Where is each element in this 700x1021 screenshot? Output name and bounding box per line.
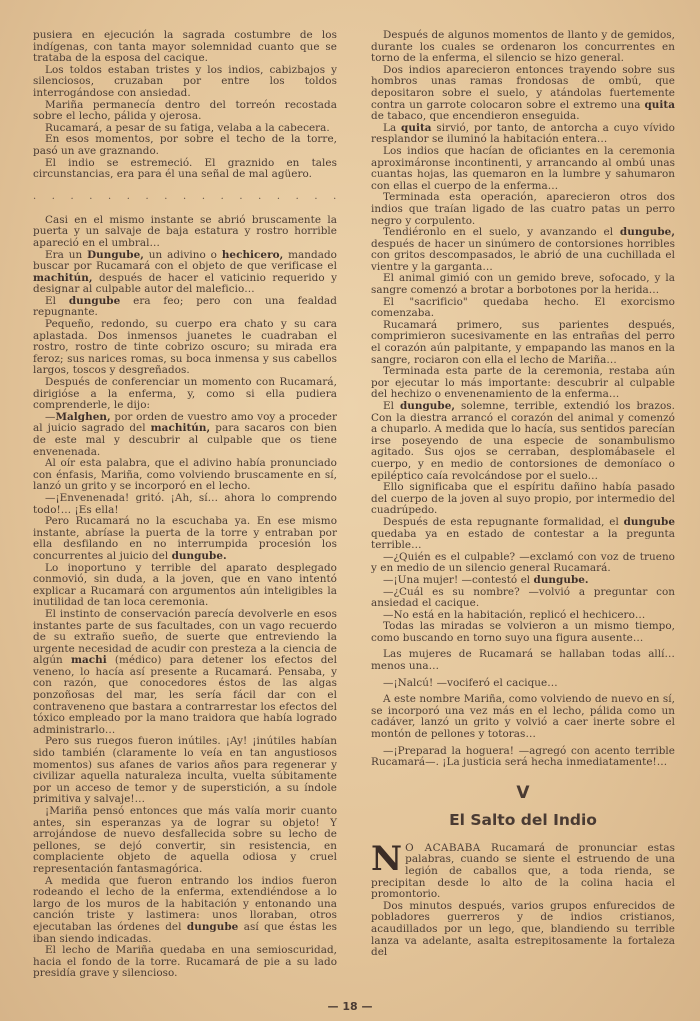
paragraph: El dungube era feo; pero con una fealdad… <box>33 296 337 319</box>
paragraph: —Malghen, por orden de vuestro amo voy a… <box>33 412 337 458</box>
chapter-title: El Salto del Indio <box>371 811 675 829</box>
paragraph: Dos minutos después, varios grupos enfur… <box>371 901 675 959</box>
paragraph: El animal gimió con un gemido breve, sof… <box>371 273 675 296</box>
left-column: pusiera en ejecución la sagrada costumbr… <box>33 30 337 980</box>
paragraph: Después de esta repugnante formalidad, e… <box>371 517 675 552</box>
paragraph: A este nombre Mariña, como volviendo de … <box>371 694 675 740</box>
paragraph: Los indios que hacían de oficiantes en l… <box>371 146 675 192</box>
paragraph: El dungube, solemne, terrible, extendió … <box>371 401 675 482</box>
page-number: — 18 — <box>0 1000 700 1013</box>
paragraph: pusiera en ejecución la sagrada costumbr… <box>33 30 337 65</box>
paragraph: Al oír esta palabra, que el adivino habí… <box>33 458 337 493</box>
dialogue-line: —¡Nalcú! —vociferó el cacique… <box>371 678 675 690</box>
chapter-opening-paragraph: NO ACABABA Rucamará de pronunciar estas … <box>371 843 675 901</box>
dialogue-line: —¡Preparad la hoguera! —agregó con acent… <box>371 746 675 769</box>
section-separator: · · · · · · · · · · · · · · · · · · · · … <box>33 194 337 205</box>
paragraph: La quita sirvió, por tanto, de antorcha … <box>371 123 675 146</box>
paragraph: Ello significaba que el espíritu dañino … <box>371 482 675 517</box>
paragraph: El lecho de Mariña quedaba en una semios… <box>33 945 337 980</box>
paragraph: Mariña permanecía dentro del torreón rec… <box>33 100 337 123</box>
paragraph: En esos momentos, por sobre el techo de … <box>33 134 337 157</box>
paragraph: Pero Rucamará no la escuchaba ya. En ese… <box>33 516 337 562</box>
paragraph: El "sacrificio" quedaba hecho. El exorci… <box>371 297 675 320</box>
paragraph: Las mujeres de Rucamará se hallaban toda… <box>371 649 675 672</box>
paragraph: Era un Dungube, un adivino o hechicero, … <box>33 250 337 296</box>
paragraph: Pero sus ruegos fueron inútiles. ¡Ay! ¡i… <box>33 736 337 806</box>
paragraph: Los toldos estaban tristes y los indios,… <box>33 65 337 100</box>
paragraph: Casi en el mismo instante se abrió brusc… <box>33 215 337 250</box>
right-column: Después de algunos momentos de llanto y … <box>371 30 675 959</box>
paragraph: Tendiéronlo en el suelo, y avanzando el … <box>371 227 675 273</box>
dialogue-line: —¿Quién es el culpable? —exclamó con voz… <box>371 552 675 575</box>
paragraph: Lo inoportuno y terrible del aparato des… <box>33 563 337 609</box>
book-page: pusiera en ejecución la sagrada costumbr… <box>33 30 673 990</box>
paragraph: Todas las miradas se volvieron a un mism… <box>371 621 675 644</box>
paragraph: Terminada esta operación, aparecieron ot… <box>371 192 675 227</box>
paragraph: A medida que fueron entrando los indios … <box>33 876 337 946</box>
paragraph: Terminada esta parte de la ceremonia, re… <box>371 366 675 401</box>
drop-cap: N <box>371 844 402 874</box>
paragraph: Dos indios aparecieron entonces trayendo… <box>371 65 675 123</box>
paragraph: Rucamará primero, sus parientes después,… <box>371 320 675 366</box>
paragraph: Pequeño, redondo, su cuerpo era chato y … <box>33 319 337 377</box>
paragraph: Después de algunos momentos de llanto y … <box>371 30 675 65</box>
dialogue-line: —¿Cuál es su nombre? —volvió a preguntar… <box>371 587 675 610</box>
paragraph: ¡Mariña pensó entonces que más valía mor… <box>33 806 337 876</box>
dialogue-line: —¡Una mujer! —contestó el dungube. <box>371 575 675 587</box>
paragraph: El indio se estremeció. El graznido en t… <box>33 158 337 181</box>
paragraph: —¡Envenenada! gritó. ¡Ah, sí… ahora lo c… <box>33 493 337 516</box>
paragraph: Después de conferenciar un momento con R… <box>33 377 337 412</box>
paragraph: El instinto de conservación parecía devo… <box>33 609 337 737</box>
chapter-number: V <box>371 783 675 803</box>
